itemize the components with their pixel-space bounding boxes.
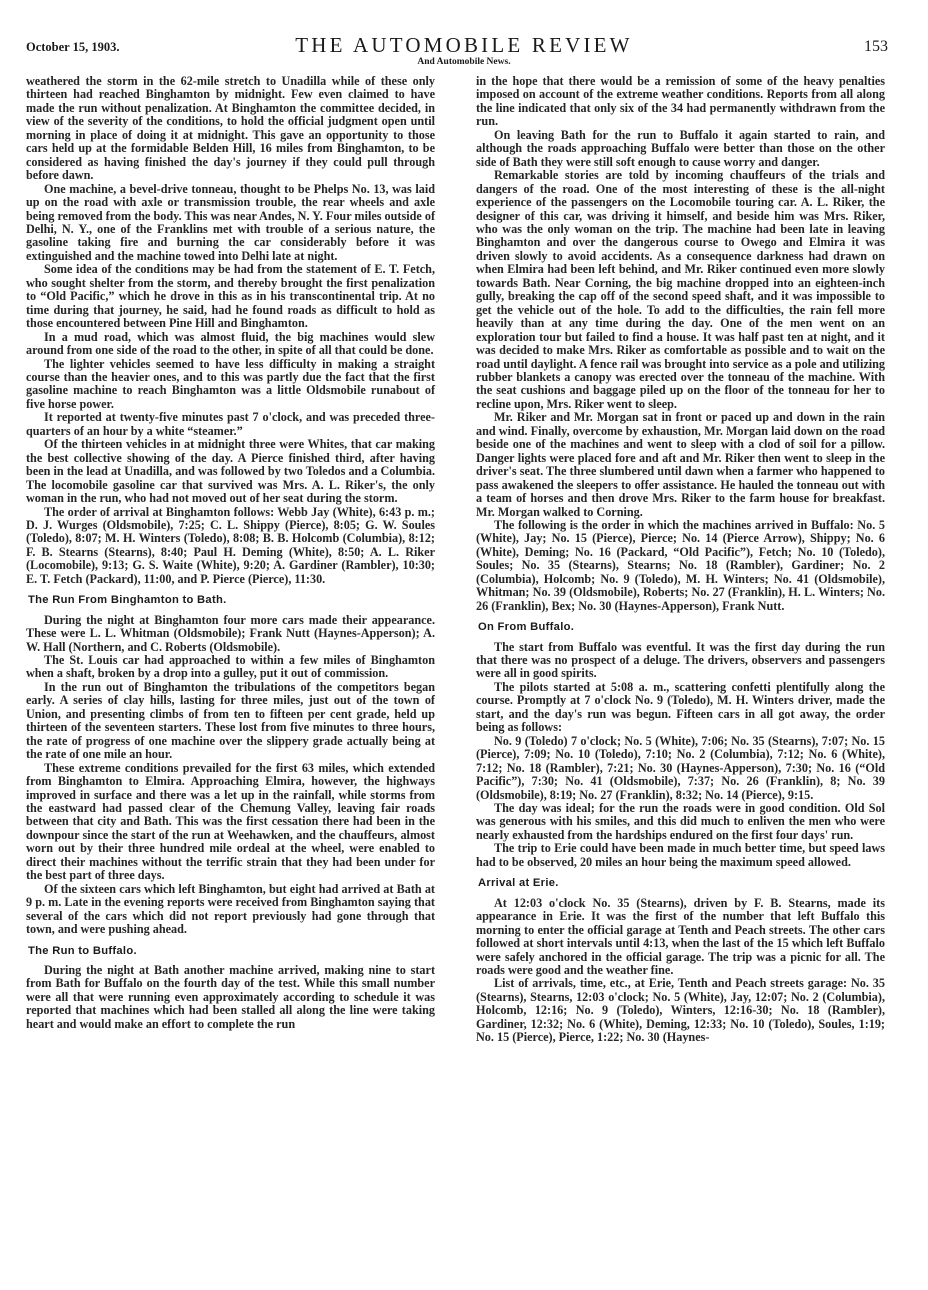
section-heading: Arrival at Erie. xyxy=(478,877,885,890)
paragraph: List of arrivals, time, etc., at Erie, T… xyxy=(476,977,885,1044)
paragraph: The order of arrival at Binghamton follo… xyxy=(26,506,435,587)
paragraph: The following is the order in which the … xyxy=(476,519,885,613)
paragraph: One machine, a bevel-drive tonneau, thou… xyxy=(26,183,435,264)
paragraph: During the night at Bath another machine… xyxy=(26,964,435,1031)
paragraph: The day was ideal; for the run the roads… xyxy=(476,802,885,842)
paragraph: In the run out of Binghamton the tribula… xyxy=(26,681,435,762)
newspaper-page: October 15, 1903. THE AUTOMOBILE REVIEW … xyxy=(0,0,928,1290)
paragraph: in the hope that there would be a remiss… xyxy=(476,75,885,129)
paragraph: The lighter vehicles seemed to have less… xyxy=(26,358,435,412)
paragraph: The trip to Erie could have been made in… xyxy=(476,842,885,869)
left-column: weathered the storm in the 62-mile stret… xyxy=(26,75,435,1031)
paragraph: Remarkable stories are told by incoming … xyxy=(476,169,885,411)
paragraph: The St. Louis car had approached to with… xyxy=(26,654,435,681)
paragraph: Of the thirteen vehicles in at midnight … xyxy=(26,438,435,505)
paragraph: The start from Buffalo was eventful. It … xyxy=(476,641,885,681)
paragraph: During the night at Binghamton four more… xyxy=(26,614,435,654)
paragraph: On leaving Bath for the run to Buffalo i… xyxy=(476,129,885,169)
paragraph: It reported at twenty-five minutes past … xyxy=(26,411,435,438)
paragraph: Mr. Riker and Mr. Morgan sat in front or… xyxy=(476,411,885,519)
publication-title: THE AUTOMOBILE REVIEW xyxy=(0,33,928,58)
publication-subtitle: And Automobile News. xyxy=(0,57,928,67)
paragraph: In a mud road, which was almost fluid, t… xyxy=(26,331,435,358)
paragraph: The pilots started at 5:08 a. m., scatte… xyxy=(476,681,885,735)
right-column: in the hope that there would be a remiss… xyxy=(476,75,885,1045)
paragraph: No. 9 (Toledo) 7 o'clock; No. 5 (White),… xyxy=(476,735,885,802)
section-heading: The Run to Buffalo. xyxy=(28,945,435,958)
paragraph: At 12:03 o'clock No. 35 (Stearns), drive… xyxy=(476,897,885,978)
paragraph: Of the sixteen cars which left Binghamto… xyxy=(26,883,435,937)
section-heading: On From Buffalo. xyxy=(478,621,885,634)
section-heading: The Run From Binghamton to Bath. xyxy=(28,594,435,607)
paragraph: Some idea of the conditions may be had f… xyxy=(26,263,435,330)
paragraph: These extreme conditions prevailed for t… xyxy=(26,762,435,883)
paragraph: weathered the storm in the 62-mile stret… xyxy=(26,75,435,183)
page-number: 153 xyxy=(864,38,888,56)
